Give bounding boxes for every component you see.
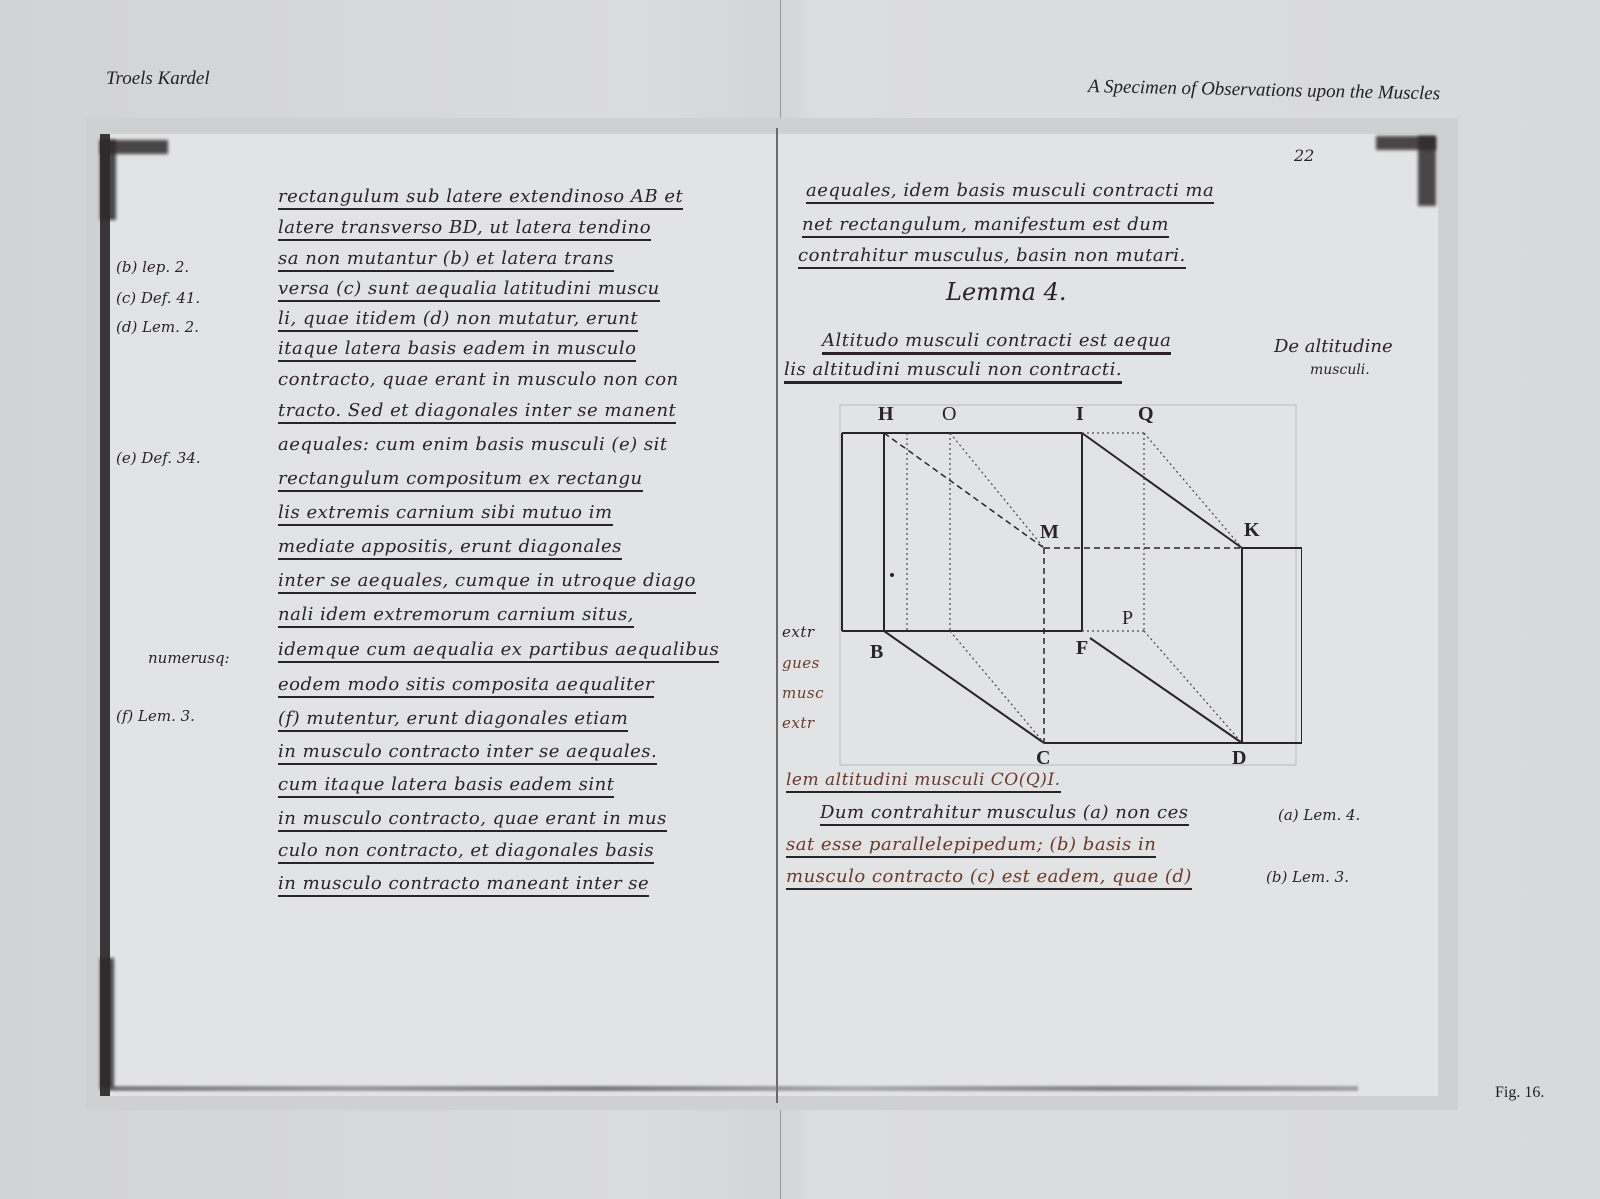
manuscript-line: itaque latera basis eadem in musculo	[278, 338, 636, 362]
manuscript-line: nali idem extremorum carnium situs,	[278, 604, 634, 628]
manuscript-line: Altitudo musculi contracti est aequa	[822, 330, 1171, 355]
manuscript-line: latere transverso BD, ut latera tendino	[278, 217, 651, 241]
manuscript-line: net rectangulum, manifestum est dum	[802, 214, 1169, 238]
margin-note: (d) Lem. 2.	[116, 318, 199, 336]
geometric-figure: H O I Q M K B F P C D	[832, 403, 1302, 768]
figure-label-c: C	[1036, 747, 1050, 770]
manuscript-line: contrahitur musculus, basin non mutari.	[798, 245, 1186, 269]
manuscript-bottom-edge	[100, 1086, 1358, 1091]
manuscript-line: aequales, idem basis musculi contracti m…	[806, 180, 1214, 204]
manuscript-line: in musculo contracto inter se aequales.	[278, 741, 657, 765]
figure-label-o: O	[942, 403, 956, 426]
manuscript-line: inter se aequales, cumque in utroque dia…	[278, 570, 696, 594]
manuscript-line: (f) mutentur, erunt diagonales etiam	[278, 708, 628, 732]
manuscript-line: lis extremis carnium sibi mutuo im	[278, 502, 613, 526]
figure-label-f: F	[1076, 637, 1088, 660]
bottom-margin-note: (a) Lem. 4.	[1278, 806, 1360, 824]
manuscript-line: mediate appositis, erunt diagonales	[278, 536, 622, 560]
manuscript-line: tracto. Sed et diagonales inter se manen…	[278, 400, 676, 424]
margin-fragment: extr	[782, 623, 815, 641]
manuscript-line: eodem modo sitis composita aequaliter	[278, 674, 654, 698]
margin-note: (c) Def. 41.	[116, 289, 200, 307]
figure-label-b: B	[870, 641, 883, 664]
side-note: De altitudine	[1274, 336, 1393, 357]
manuscript-line: sa non mutantur (b) et latera trans	[278, 248, 614, 272]
figure-label-k: K	[1244, 519, 1260, 542]
figure-label-d: D	[1232, 747, 1246, 770]
corner-stain-top-right-v	[1418, 136, 1436, 206]
manuscript-line: lem altitudini musculi CO(Q)I.	[786, 770, 1061, 793]
figure-label-i: I	[1076, 403, 1084, 426]
manuscript-line: aequales: cum enim basis musculi (e) sit	[278, 434, 668, 455]
figure-drawing	[832, 403, 1302, 768]
margin-note: numerusq:	[148, 649, 230, 667]
bottom-margin-note: (b) Lem. 3.	[1266, 868, 1349, 886]
manuscript-line: lis altitudini musculi non contracti.	[784, 359, 1122, 384]
margin-fragment: gues	[782, 654, 820, 672]
figure-label-p: P	[1122, 607, 1133, 630]
manuscript-fold	[776, 128, 778, 1103]
manuscript-line: versa (c) sunt aequalia latitudini muscu	[278, 278, 660, 302]
side-note: musculi.	[1310, 362, 1370, 378]
manuscript-line: contracto, quae erant in musculo non con	[278, 369, 679, 390]
manuscript-facsimile: 22 (b) lep. 2. (c) Def. 41. (d) Lem. 2. …	[86, 118, 1458, 1110]
margin-note: (b) lep. 2.	[116, 258, 189, 276]
manuscript-line: Dum contrahitur musculus (a) non ces	[820, 802, 1189, 826]
edge-stain-bottom-left	[100, 958, 114, 1088]
margin-note: (e) Def. 34.	[116, 449, 201, 467]
manuscript-line: musculo contracto (c) est eadem, quae (d…	[786, 866, 1192, 890]
figure-caption: Fig. 16.	[1495, 1084, 1544, 1102]
manuscript-line: culo non contracto, et diagonales basis	[278, 840, 654, 864]
manuscript-page-number: 22	[1294, 146, 1314, 165]
margin-fragment: musc	[782, 684, 824, 702]
lemma-heading: Lemma 4.	[946, 278, 1067, 306]
figure-label-q: Q	[1138, 403, 1154, 426]
manuscript-line: rectangulum compositum ex rectangu	[278, 468, 643, 492]
manuscript-line: cum itaque latera basis eadem sint	[278, 774, 614, 798]
figure-label-m: M	[1040, 521, 1059, 544]
margin-note: (f) Lem. 3.	[116, 707, 195, 725]
manuscript-line: li, quae itidem (d) non mutatur, erunt	[278, 308, 638, 332]
manuscript-line: in musculo contracto maneant inter se	[278, 873, 649, 897]
manuscript-line: idemque cum aequalia ex partibus aequali…	[278, 639, 719, 663]
manuscript-line: rectangulum sub latere extendinoso AB et	[278, 186, 683, 210]
figure-label-h: H	[878, 403, 894, 426]
margin-fragment: extr	[782, 714, 815, 732]
running-head-author: Troels Kardel	[106, 68, 210, 90]
corner-stain-top-left-v	[100, 140, 116, 220]
manuscript-line: sat esse parallelepipedum; (b) basis in	[786, 834, 1156, 858]
manuscript-line: in musculo contracto, quae erant in mus	[278, 808, 667, 832]
